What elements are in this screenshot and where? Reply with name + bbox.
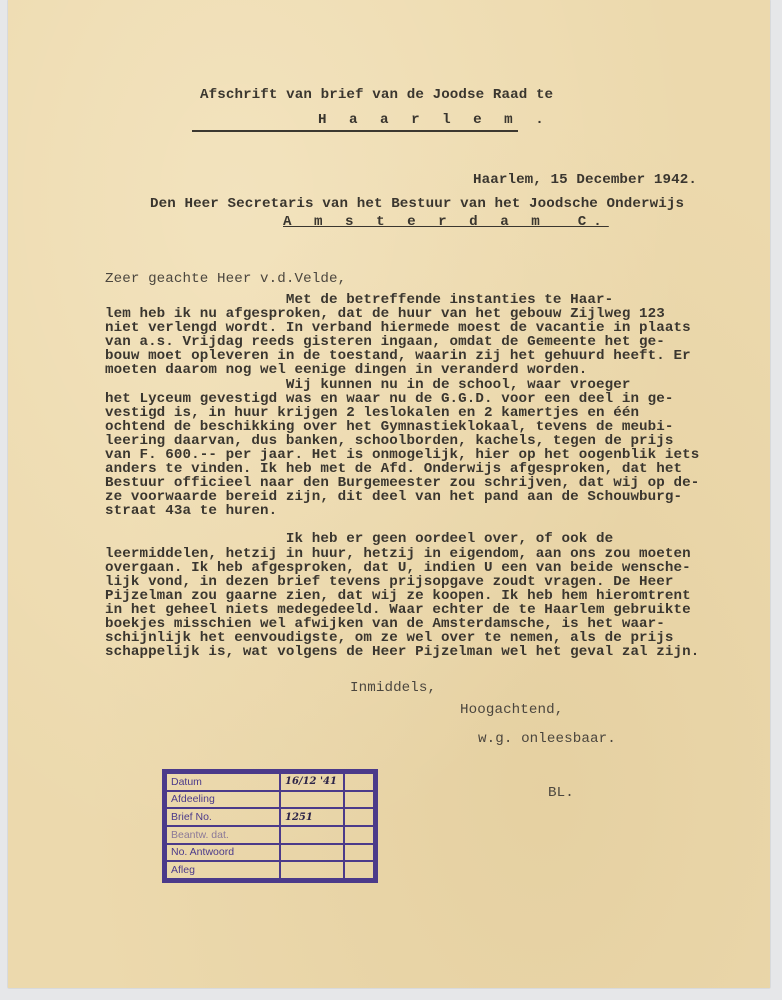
stamp-label: Beantw. dat. — [166, 826, 280, 844]
stamp-row-datum: Datum16/12 '41 — [166, 773, 374, 791]
stamp-value — [280, 826, 344, 844]
header-title: Afschrift van brief van de Joodse Raad t… — [200, 88, 553, 103]
addressee-city: A m s t e r d a m C. — [283, 215, 609, 230]
date-line: Haarlem, 15 December 1942. — [473, 173, 697, 188]
stamp-empty-cell — [344, 844, 374, 862]
stamp-value — [280, 791, 344, 809]
signature: w.g. onleesbaar. — [478, 732, 616, 747]
stamp-empty-cell — [344, 826, 374, 844]
stamp-label: No. Antwoord — [166, 844, 280, 862]
stamp-row-afleg: Afleg — [166, 861, 374, 879]
stamp-empty-cell — [344, 773, 374, 791]
header-underline — [318, 130, 518, 132]
addressee-line: Den Heer Secretaris van het Bestuur van … — [150, 197, 684, 212]
registration-stamp: Datum16/12 '41 Afdeeling Brief No.1251 B… — [162, 769, 378, 883]
stamp-label: Brief No. — [166, 808, 280, 826]
stamp-value — [280, 844, 344, 862]
salutation: Zeer geachte Heer v.d.Velde, — [105, 272, 346, 287]
closing-inmiddels: Inmiddels, — [350, 681, 436, 696]
stamp-row-no-antwoord: No. Antwoord — [166, 844, 374, 862]
stamp-value — [280, 861, 344, 879]
stamp-label: Afleg — [166, 861, 280, 879]
stamp-row-brief-no: Brief No.1251 — [166, 808, 374, 826]
stamp-empty-cell — [344, 861, 374, 879]
body-line: Ik heb er geen oordeel over, of ook de — [105, 532, 613, 547]
stamp-empty-cell — [344, 791, 374, 809]
stamp-label: Afdeeling — [166, 791, 280, 809]
stamp-label: Datum — [166, 773, 280, 791]
stamp-row-afdeeling: Afdeeling — [166, 791, 374, 809]
stamp-value: 1251 — [280, 808, 344, 826]
stamp-value: 16/12 '41 — [280, 773, 344, 791]
stamp-row-beantw-dat: Beantw. dat. — [166, 826, 374, 844]
body-line: schappelijk is, wat volgens de Heer Pijz… — [105, 645, 699, 660]
initials: BL. — [548, 786, 574, 801]
closing-hoogachtend: Hoogachtend, — [460, 703, 563, 718]
stamp-empty-cell — [344, 808, 374, 826]
body-line: moeten daarom nog wel eenige dingen in v… — [105, 363, 587, 378]
header-city: H a a r l e m . — [318, 113, 551, 128]
body-line: straat 43a te huren. — [105, 504, 277, 519]
